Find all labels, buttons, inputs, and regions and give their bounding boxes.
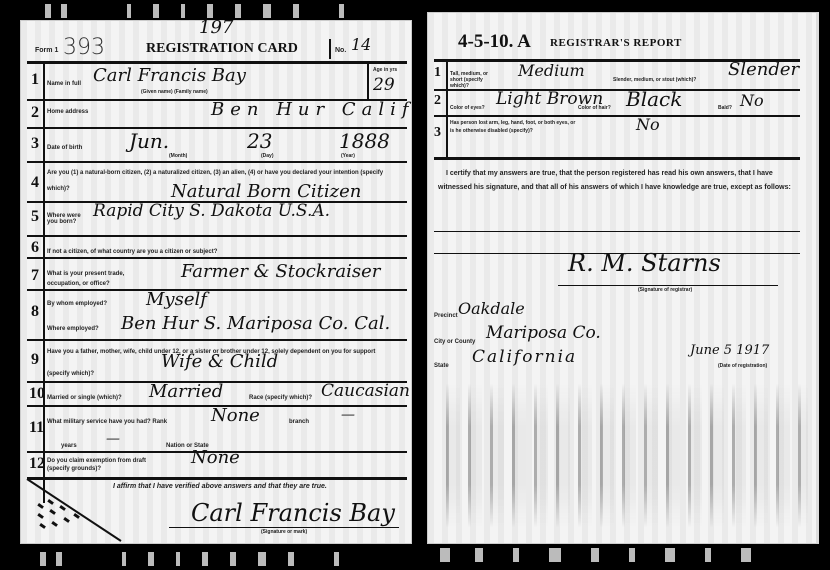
report-value-disability: No	[636, 115, 660, 134]
field-number-4: 4	[31, 174, 39, 192]
field-value-birthplace: Rapid City S. Dakota U.S.A.	[93, 201, 330, 221]
field-label-dob: Date of birth	[47, 145, 82, 151]
precinct-value: Oakdale	[458, 299, 525, 318]
registration-card: Form 1 393 197 REGISTRATION CARD No. 14 …	[20, 20, 412, 544]
field-number-6: 6	[31, 239, 39, 257]
county-label: City or County	[434, 339, 475, 345]
field-label-birthplace: Where were you born?	[47, 213, 83, 225]
report-number-1: 1	[434, 65, 441, 81]
field-number-12: 12	[29, 455, 45, 473]
field-label-where-employed: Where employed?	[47, 326, 99, 332]
field-label-marital: Married or single (which)?	[47, 395, 122, 401]
signature-caption: (Signature or mark)	[261, 529, 307, 535]
field-label-race: Race (specify which)?	[249, 395, 312, 401]
report-title: REGISTRAR'S REPORT	[550, 37, 682, 49]
dob-caption-day: (Day)	[261, 153, 274, 159]
field-value-branch: —	[341, 407, 355, 423]
field-value-years: —	[106, 431, 120, 447]
field-value-name: Carl Francis Bay	[93, 65, 246, 86]
field-number-9: 9	[31, 351, 39, 369]
field-number-10: 10	[29, 385, 45, 403]
report-number-2: 2	[434, 93, 441, 109]
field-label-exemption: Do you claim exemption from draft (speci…	[47, 457, 147, 473]
field-value-employer: Myself	[146, 289, 207, 310]
certification-text: I certify that my answers are true, that…	[438, 167, 800, 195]
field-label-name: Name in full	[47, 81, 81, 87]
top-annotation: 197	[199, 17, 233, 38]
form-id: 4-5-10. A	[458, 31, 531, 53]
registrar-report: 4-5-10. A REGISTRAR'S REPORT 1 Tall, med…	[427, 12, 819, 544]
report-label-height: Tall, medium, or short (specify which)?	[450, 71, 500, 89]
field-number-8: 8	[31, 303, 39, 321]
number-value: 14	[351, 35, 371, 54]
dob-year: 1888	[339, 129, 390, 153]
state-label: State	[434, 363, 449, 369]
dob-month: Jun.	[129, 129, 169, 153]
age-value: 29	[373, 75, 395, 95]
age-label: Age in yrs	[373, 67, 397, 73]
film-sprocket-bottom-right	[440, 546, 751, 564]
registrar-signature-caption: (Signature of registrar)	[638, 287, 692, 293]
field-value-rank: None	[211, 405, 260, 426]
field-value-marital: Married	[149, 381, 223, 402]
report-label-hair: Color of hair?	[578, 105, 611, 111]
field-number-5: 5	[31, 208, 39, 226]
field-value-citizenship: Natural Born Citizen	[171, 181, 361, 202]
field-value-address: Ben Hur Calif	[211, 99, 415, 120]
state-value: California	[472, 347, 577, 367]
field-value-exemption: None	[191, 447, 240, 468]
dob-caption-month: (Month)	[169, 153, 187, 159]
field-number-7: 7	[31, 267, 39, 285]
report-label-bald: Bald?	[718, 105, 732, 111]
field-label-foreign-citizen: If not a citizen, of what country are yo…	[47, 249, 217, 255]
number-label: No.	[335, 47, 346, 54]
registration-date-caption: (Date of registration)	[718, 363, 767, 369]
field-value-dependents: Wife & Child	[161, 351, 278, 372]
report-label-eyes: Color of eyes?	[450, 105, 485, 111]
report-value-height: Medium	[518, 61, 585, 80]
field-value-race: Caucasian	[321, 381, 410, 401]
film-sprocket-bottom-left	[40, 550, 339, 568]
microfilm-noise	[438, 383, 808, 528]
field-number-1: 1	[31, 71, 39, 89]
dob-caption-year: (Year)	[341, 153, 355, 159]
corner-tear-off	[25, 477, 125, 543]
field-label-occupation: What is your present trade, occupation, …	[47, 269, 127, 289]
field-value-occupation: Farmer & Stockraiser	[181, 261, 380, 282]
film-sprocket-top-left	[45, 2, 344, 20]
card-title: REGISTRATION CARD	[146, 41, 298, 57]
dob-day: 23	[247, 129, 272, 153]
report-value-hair: Black	[626, 87, 682, 111]
registration-date: June 5 1917	[690, 343, 769, 358]
field-number-11: 11	[29, 419, 44, 437]
affirmation-text: I affirm that I have verified above answ…	[113, 483, 327, 490]
field-value-where-employed: Ben Hur S. Mariposa Co. Cal.	[121, 313, 390, 334]
field-label-employer: By whom employed?	[47, 301, 107, 307]
report-value-bald: No	[740, 91, 764, 110]
report-label-disability: Has person lost arm, leg, hand, foot, or…	[450, 119, 580, 135]
report-label-build: Slender, medium, or stout (which)?	[613, 77, 696, 83]
report-value-build: Slender	[728, 59, 799, 80]
field-label-branch: branch	[289, 419, 309, 425]
county-value: Mariposa Co.	[486, 323, 601, 343]
report-number-3: 3	[434, 125, 441, 141]
form-label: Form 1	[35, 47, 58, 54]
field-label-address: Home address	[47, 109, 88, 115]
serial-number: 393	[63, 35, 105, 60]
field-label-years: years	[61, 443, 77, 449]
precinct-label: Precinct	[434, 313, 458, 319]
field-label-military: What military service have you had? Rank	[47, 419, 167, 425]
field-number-3: 3	[31, 135, 39, 153]
field-caption-name: (Given name) (Family name)	[141, 89, 208, 95]
registrar-signature: R. M. Starns	[568, 249, 721, 277]
registrant-signature: Carl Francis Bay	[191, 499, 395, 527]
field-number-2: 2	[31, 104, 39, 122]
